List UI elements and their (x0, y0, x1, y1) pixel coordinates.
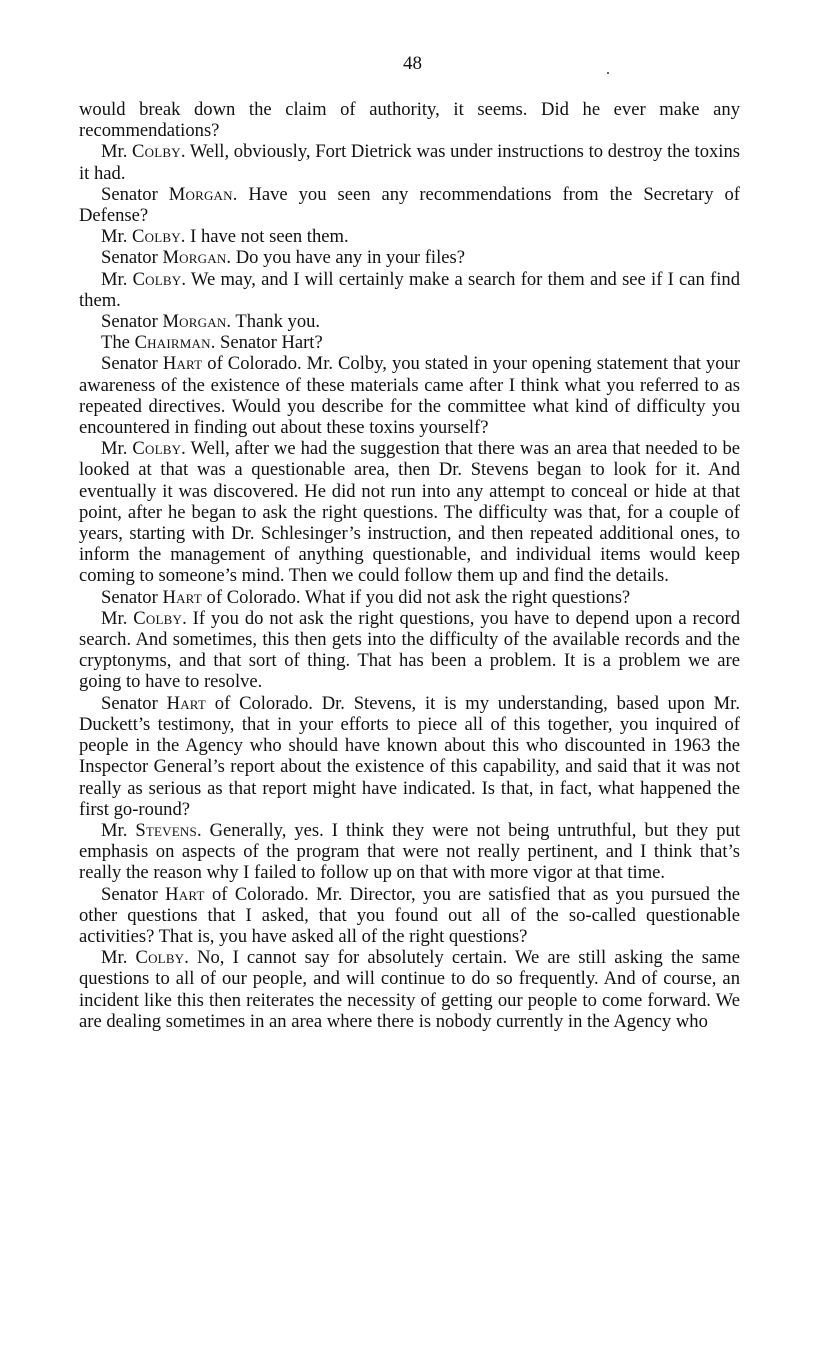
paragraph: would break down the claim of authority,… (79, 99, 740, 141)
paragraph-text: Thank you. (231, 311, 320, 332)
speaker-name: Stevens (135, 820, 197, 841)
speaker-name: Colby (135, 947, 184, 968)
paragraph: Mr. Colby. I have not seen them. (79, 226, 740, 247)
speaker-name: Hart (163, 353, 202, 374)
speaker-name: Hart (167, 693, 206, 714)
speaker-name: Colby (132, 438, 181, 459)
speaker-title: Senator (101, 587, 162, 608)
page-number: 48 (0, 52, 817, 76)
speaker-name: Morgan (162, 311, 226, 332)
paragraph-text: of Colorado. What if you did not ask the… (202, 587, 630, 608)
transcript-body: would break down the claim of authority,… (79, 99, 740, 1032)
speaker-name: Morgan (169, 184, 233, 205)
speaker-title: Senator (101, 247, 162, 268)
paragraph-text: Do you have any in your files? (231, 247, 465, 268)
paragraph: Mr. Stevens. Generally, yes. I think the… (79, 820, 740, 884)
speaker-title: Senator (101, 184, 169, 205)
speaker-title: Senator (101, 693, 167, 714)
paragraph: Senator Hart of Colorado. Dr. Stevens, i… (79, 693, 740, 820)
speaker-name: Hart (162, 587, 201, 608)
speaker-title: Mr. (101, 608, 133, 629)
paragraph: The Chairman. Senator Hart? (79, 332, 740, 353)
speaker-title: Mr. (101, 226, 132, 247)
speaker-name: Colby (133, 608, 182, 629)
paragraph-text: I have not seen them. (185, 226, 348, 247)
document-page: 48 would break down the claim of authori… (0, 0, 817, 1363)
speaker-title: The (101, 332, 135, 353)
paragraph: Senator Morgan. Thank you. (79, 311, 740, 332)
speaker-title: Mr. (101, 947, 135, 968)
speaker-name: Colby (132, 141, 181, 162)
speaker-name: Morgan (162, 247, 226, 268)
paragraph: Mr. Colby. No, I cannot say for absolute… (79, 947, 740, 1032)
speaker-name: Chairman (135, 332, 211, 353)
speaker-title: Mr. (101, 438, 132, 459)
paragraph: Mr. Colby. If you do not ask the right q… (79, 608, 740, 693)
paragraph-text: Senator Hart? (215, 332, 322, 353)
paragraph: Senator Morgan. Have you seen any recomm… (79, 184, 740, 226)
speaker-title: Senator (101, 884, 165, 905)
speaker-title: Senator (101, 353, 163, 374)
paragraph: Senator Hart of Colorado. Mr. Colby, you… (79, 353, 740, 438)
paragraph: Mr. Colby. Well, obviously, Fort Dietric… (79, 141, 740, 183)
speaker-name: Colby (133, 269, 182, 290)
scan-speck (607, 72, 609, 74)
speaker-title: Mr. (101, 820, 135, 841)
speaker-name: Hart (165, 884, 204, 905)
speaker-title: Mr. (101, 269, 133, 290)
paragraph: Mr. Colby. We may, and I will certainly … (79, 269, 740, 311)
paragraph: Mr. Colby. Well, after we had the sugges… (79, 438, 740, 586)
paragraph: Senator Hart of Colorado. Mr. Director, … (79, 884, 740, 948)
speaker-name: Colby (132, 226, 181, 247)
paragraph: Senator Hart of Colorado. What if you di… (79, 587, 740, 608)
speaker-title: Senator (101, 311, 162, 332)
speaker-title: Mr. (101, 141, 132, 162)
paragraph-text: Well, after we had the suggestion that t… (79, 438, 740, 586)
paragraph: Senator Morgan. Do you have any in your … (79, 247, 740, 268)
paragraph-text: would break down the claim of authority,… (79, 99, 740, 141)
